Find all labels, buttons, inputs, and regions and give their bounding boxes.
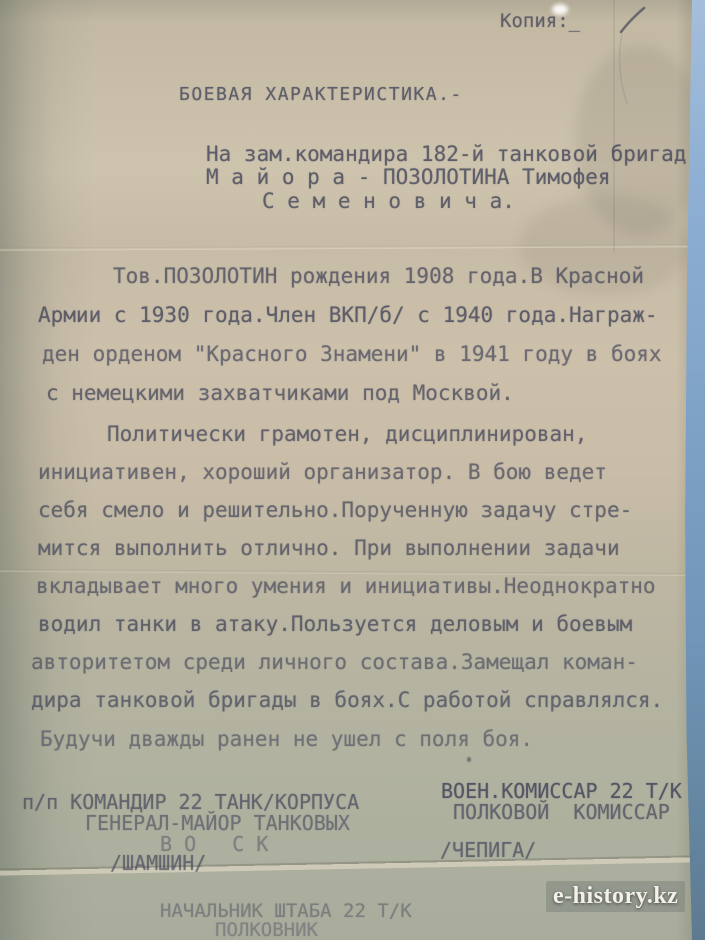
watermark: e-history.kz (546, 881, 685, 912)
body-line: с немецкими захватчиками под Москвой. (46, 381, 514, 405)
signature-left-line: /ШАМШИН/ (110, 851, 206, 875)
document-photo: Копия:_ БОЕВАЯ ХАРАКТЕРИСТИКА.- На зам.к… (0, 0, 705, 940)
body-line: инициативен, хороший организатор. В бою … (38, 460, 607, 484)
document-title: БОЕВАЯ ХАРАКТЕРИСТИКА.- (179, 84, 463, 105)
copy-label: Копия:_ (500, 10, 580, 32)
body-line: дира танковой бригады в боях.С работой с… (31, 688, 663, 712)
body-line: ден орденом "Красного Знамени" в 1941 го… (42, 342, 662, 366)
document-paper: Копия:_ БОЕВАЯ ХАРАКТЕРИСТИКА.- На зам.к… (0, 0, 692, 940)
pen-checkmark-icon (612, 2, 656, 112)
body-line: Будучи дважды ранен не ушел с поля боя. (40, 727, 533, 751)
body-line: себя смело и решительно.Порученную задач… (38, 498, 632, 522)
footer-line: ПОЛКОВНИК (215, 919, 318, 940)
fold-crease (0, 855, 692, 876)
body-line: вкладывает много умения и инициативы.Нео… (36, 574, 656, 598)
paper-shadow-top (0, 0, 692, 22)
signature-right-line: ПОЛКОВОЙ КОМИССАР (453, 800, 670, 824)
body-line: авторитетом среди личного состава.Замеща… (31, 650, 638, 674)
subject-line: На зам.командира 182-й танковой бригад (206, 142, 686, 166)
signature-right-line: /ЧЕПИГА/ (440, 838, 536, 862)
body-line: мится выполнить отлично. При выполнении … (38, 536, 620, 560)
subject-line: М а й о р а - ПОЗОЛОТИНА Тимофея (206, 165, 611, 189)
body-line: Тов.ПОЗОЛОТИН рождения 1908 года.В Красн… (113, 264, 644, 288)
body-line: Политически грамотен, дисциплинирован, (107, 422, 587, 446)
body-line: водил танки в атаку.Пользуется деловым и… (38, 612, 632, 636)
body-line: Армии с 1930 года.Член ВКП/б/ с 1940 год… (38, 303, 658, 327)
ink-dot (467, 757, 471, 762)
subject-line: С е м е н о в и ч а. (262, 189, 515, 213)
